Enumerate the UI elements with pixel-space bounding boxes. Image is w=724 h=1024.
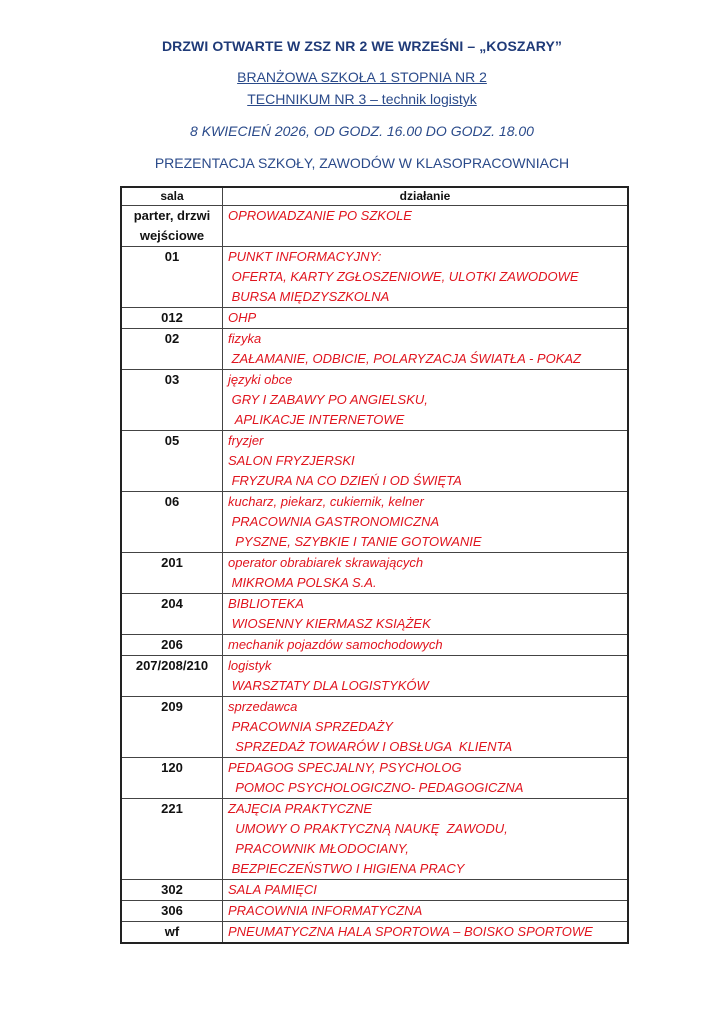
activity-line: PRACOWNIA SPRZEDAŻY bbox=[228, 717, 622, 737]
activity-cell: BIBLIOTEKA WIOSENNY KIERMASZ KSIĄŻEK bbox=[223, 594, 629, 635]
activity-line: WIOSENNY KIERMASZ KSIĄŻEK bbox=[228, 614, 622, 634]
activity-cell: ZAJĘCIA PRAKTYCZNE UMOWY O PRAKTYCZNĄ NA… bbox=[223, 799, 629, 880]
document-title: DRZWI OTWARTE W ZSZ NR 2 WE WRZEŚNI – „K… bbox=[0, 38, 724, 54]
activity-line: BURSA MIĘDZYSZKOLNA bbox=[228, 287, 622, 307]
activity-line: MIKROMA POLSKA S.A. bbox=[228, 573, 622, 593]
room-cell: 306 bbox=[121, 901, 223, 922]
school-name-branzowa: BRANŻOWA SZKOŁA 1 STOPNIA NR 2 bbox=[0, 69, 724, 85]
activity-line: fryzjer bbox=[228, 431, 622, 451]
activity-line: PEDAGOG SPECJALNY, PSYCHOLOG bbox=[228, 758, 622, 778]
activity-line: OHP bbox=[228, 308, 622, 328]
table-row: 302SALA PAMIĘCI bbox=[121, 880, 628, 901]
table-row: 206mechanik pojazdów samochodowych bbox=[121, 635, 628, 656]
schedule-body: parter, drzwi wejścioweOPROWADZANIE PO S… bbox=[121, 206, 628, 944]
activity-line: PNEUMATYCZNA HALA SPORTOWA – BOISKO SPOR… bbox=[228, 922, 622, 942]
activity-line: SALA PAMIĘCI bbox=[228, 880, 622, 900]
column-header-dzialanie: działanie bbox=[223, 187, 629, 206]
activity-line: BIBLIOTEKA bbox=[228, 594, 622, 614]
activity-line: APLIKACJE INTERNETOWE bbox=[228, 410, 622, 430]
activity-cell: mechanik pojazdów samochodowych bbox=[223, 635, 629, 656]
activity-line: WARSZTATY DLA LOGISTYKÓW bbox=[228, 676, 622, 696]
room-cell: 05 bbox=[121, 431, 223, 492]
activity-cell: fizyka ZAŁAMANIE, ODBICIE, POLARYZACJA Ś… bbox=[223, 329, 629, 370]
activity-line: SALON FRYZJERSKI bbox=[228, 451, 622, 471]
room-cell: 01 bbox=[121, 247, 223, 308]
table-row: wfPNEUMATYCZNA HALA SPORTOWA – BOISKO SP… bbox=[121, 922, 628, 944]
activity-line: PRACOWNIK MŁODOCIANY, bbox=[228, 839, 622, 859]
activity-line: PYSZNE, SZYBKIE I TANIE GOTOWANIE bbox=[228, 532, 622, 552]
table-row: parter, drzwi wejścioweOPROWADZANIE PO S… bbox=[121, 206, 628, 247]
activity-cell: fryzjerSALON FRYZJERSKI FRYZURA NA CO DZ… bbox=[223, 431, 629, 492]
table-row: 120PEDAGOG SPECJALNY, PSYCHOLOG POMOC PS… bbox=[121, 758, 628, 799]
activity-line: SPRZEDAŻ TOWARÓW I OBSŁUGA KLIENTA bbox=[228, 737, 622, 757]
activity-line: UMOWY O PRAKTYCZNĄ NAUKĘ ZAWODU, bbox=[228, 819, 622, 839]
room-cell: 204 bbox=[121, 594, 223, 635]
activity-line: języki obce bbox=[228, 370, 622, 390]
table-row: 204BIBLIOTEKA WIOSENNY KIERMASZ KSIĄŻEK bbox=[121, 594, 628, 635]
column-header-sala: sala bbox=[121, 187, 223, 206]
activity-line: POMOC PSYCHOLOGICZNO- PEDAGOGICZNA bbox=[228, 778, 622, 798]
room-cell: 012 bbox=[121, 308, 223, 329]
activity-cell: PRACOWNIA INFORMATYCZNA bbox=[223, 901, 629, 922]
activity-line bbox=[228, 226, 622, 246]
activity-cell: języki obce GRY I ZABAWY PO ANGIELSKU, A… bbox=[223, 370, 629, 431]
table-row: 03języki obce GRY I ZABAWY PO ANGIELSKU,… bbox=[121, 370, 628, 431]
activity-cell: PNEUMATYCZNA HALA SPORTOWA – BOISKO SPOR… bbox=[223, 922, 629, 944]
activity-cell: SALA PAMIĘCI bbox=[223, 880, 629, 901]
table-row: 01PUNKT INFORMACYJNY: OFERTA, KARTY ZGŁO… bbox=[121, 247, 628, 308]
room-cell: 206 bbox=[121, 635, 223, 656]
activity-line: PUNKT INFORMACYJNY: bbox=[228, 247, 622, 267]
activity-cell: OPROWADZANIE PO SZKOLE bbox=[223, 206, 629, 247]
activity-line: operator obrabiarek skrawających bbox=[228, 553, 622, 573]
room-cell: 120 bbox=[121, 758, 223, 799]
room-cell: 06 bbox=[121, 492, 223, 553]
activity-line: BEZPIECZEŃSTWO I HIGIENA PRACY bbox=[228, 859, 622, 879]
activity-cell: OHP bbox=[223, 308, 629, 329]
activity-line: PRACOWNIA GASTRONOMICZNA bbox=[228, 512, 622, 532]
activity-line: OPROWADZANIE PO SZKOLE bbox=[228, 206, 622, 226]
room-cell: wf bbox=[121, 922, 223, 944]
table-row: 06kucharz, piekarz, cukiernik, kelner PR… bbox=[121, 492, 628, 553]
event-date: 8 KWIECIEŃ 2026, OD GODZ. 16.00 DO GODZ.… bbox=[0, 123, 724, 139]
table-row: 209sprzedawca PRACOWNIA SPRZEDAŻY SPRZED… bbox=[121, 697, 628, 758]
activity-line: ZAJĘCIA PRAKTYCZNE bbox=[228, 799, 622, 819]
room-cell: 302 bbox=[121, 880, 223, 901]
room-cell: parter, drzwi wejściowe bbox=[121, 206, 223, 247]
activity-line: GRY I ZABAWY PO ANGIELSKU, bbox=[228, 390, 622, 410]
table-row: 306PRACOWNIA INFORMATYCZNA bbox=[121, 901, 628, 922]
table-row: 02fizyka ZAŁAMANIE, ODBICIE, POLARYZACJA… bbox=[121, 329, 628, 370]
activity-cell: kucharz, piekarz, cukiernik, kelner PRAC… bbox=[223, 492, 629, 553]
table-row: 012OHP bbox=[121, 308, 628, 329]
table-row: 221ZAJĘCIA PRAKTYCZNE UMOWY O PRAKTYCZNĄ… bbox=[121, 799, 628, 880]
room-cell: 03 bbox=[121, 370, 223, 431]
activity-line: sprzedawca bbox=[228, 697, 622, 717]
activity-cell: sprzedawca PRACOWNIA SPRZEDAŻY SPRZEDAŻ … bbox=[223, 697, 629, 758]
presentation-heading: PREZENTACJA SZKOŁY, ZAWODÓW W KLASOPRACO… bbox=[0, 155, 724, 171]
activity-cell: operator obrabiarek skrawających MIKROMA… bbox=[223, 553, 629, 594]
table-row: 05fryzjerSALON FRYZJERSKI FRYZURA NA CO … bbox=[121, 431, 628, 492]
room-cell: 02 bbox=[121, 329, 223, 370]
activity-cell: PUNKT INFORMACYJNY: OFERTA, KARTY ZGŁOSZ… bbox=[223, 247, 629, 308]
activity-line: fizyka bbox=[228, 329, 622, 349]
table-row: 207/208/210logistyk WARSZTATY DLA LOGIST… bbox=[121, 656, 628, 697]
schedule-table: sala działanie parter, drzwi wejścioweOP… bbox=[120, 186, 629, 944]
room-cell: 221 bbox=[121, 799, 223, 880]
table-row: 201operator obrabiarek skrawających MIKR… bbox=[121, 553, 628, 594]
activity-line: ZAŁAMANIE, ODBICIE, POLARYZACJA ŚWIATŁA … bbox=[228, 349, 622, 369]
activity-cell: logistyk WARSZTATY DLA LOGISTYKÓW bbox=[223, 656, 629, 697]
activity-cell: PEDAGOG SPECJALNY, PSYCHOLOG POMOC PSYCH… bbox=[223, 758, 629, 799]
activity-line: mechanik pojazdów samochodowych bbox=[228, 635, 622, 655]
activity-line: kucharz, piekarz, cukiernik, kelner bbox=[228, 492, 622, 512]
table-header-row: sala działanie bbox=[121, 187, 628, 206]
activity-line: logistyk bbox=[228, 656, 622, 676]
room-cell: 201 bbox=[121, 553, 223, 594]
room-cell: 209 bbox=[121, 697, 223, 758]
activity-line: OFERTA, KARTY ZGŁOSZENIOWE, ULOTKI ZAWOD… bbox=[228, 267, 622, 287]
school-name-technikum: TECHNIKUM NR 3 – technik logistyk bbox=[0, 91, 724, 107]
activity-line: PRACOWNIA INFORMATYCZNA bbox=[228, 901, 622, 921]
room-cell: 207/208/210 bbox=[121, 656, 223, 697]
activity-line: FRYZURA NA CO DZIEŃ I OD ŚWIĘTA bbox=[228, 471, 622, 491]
